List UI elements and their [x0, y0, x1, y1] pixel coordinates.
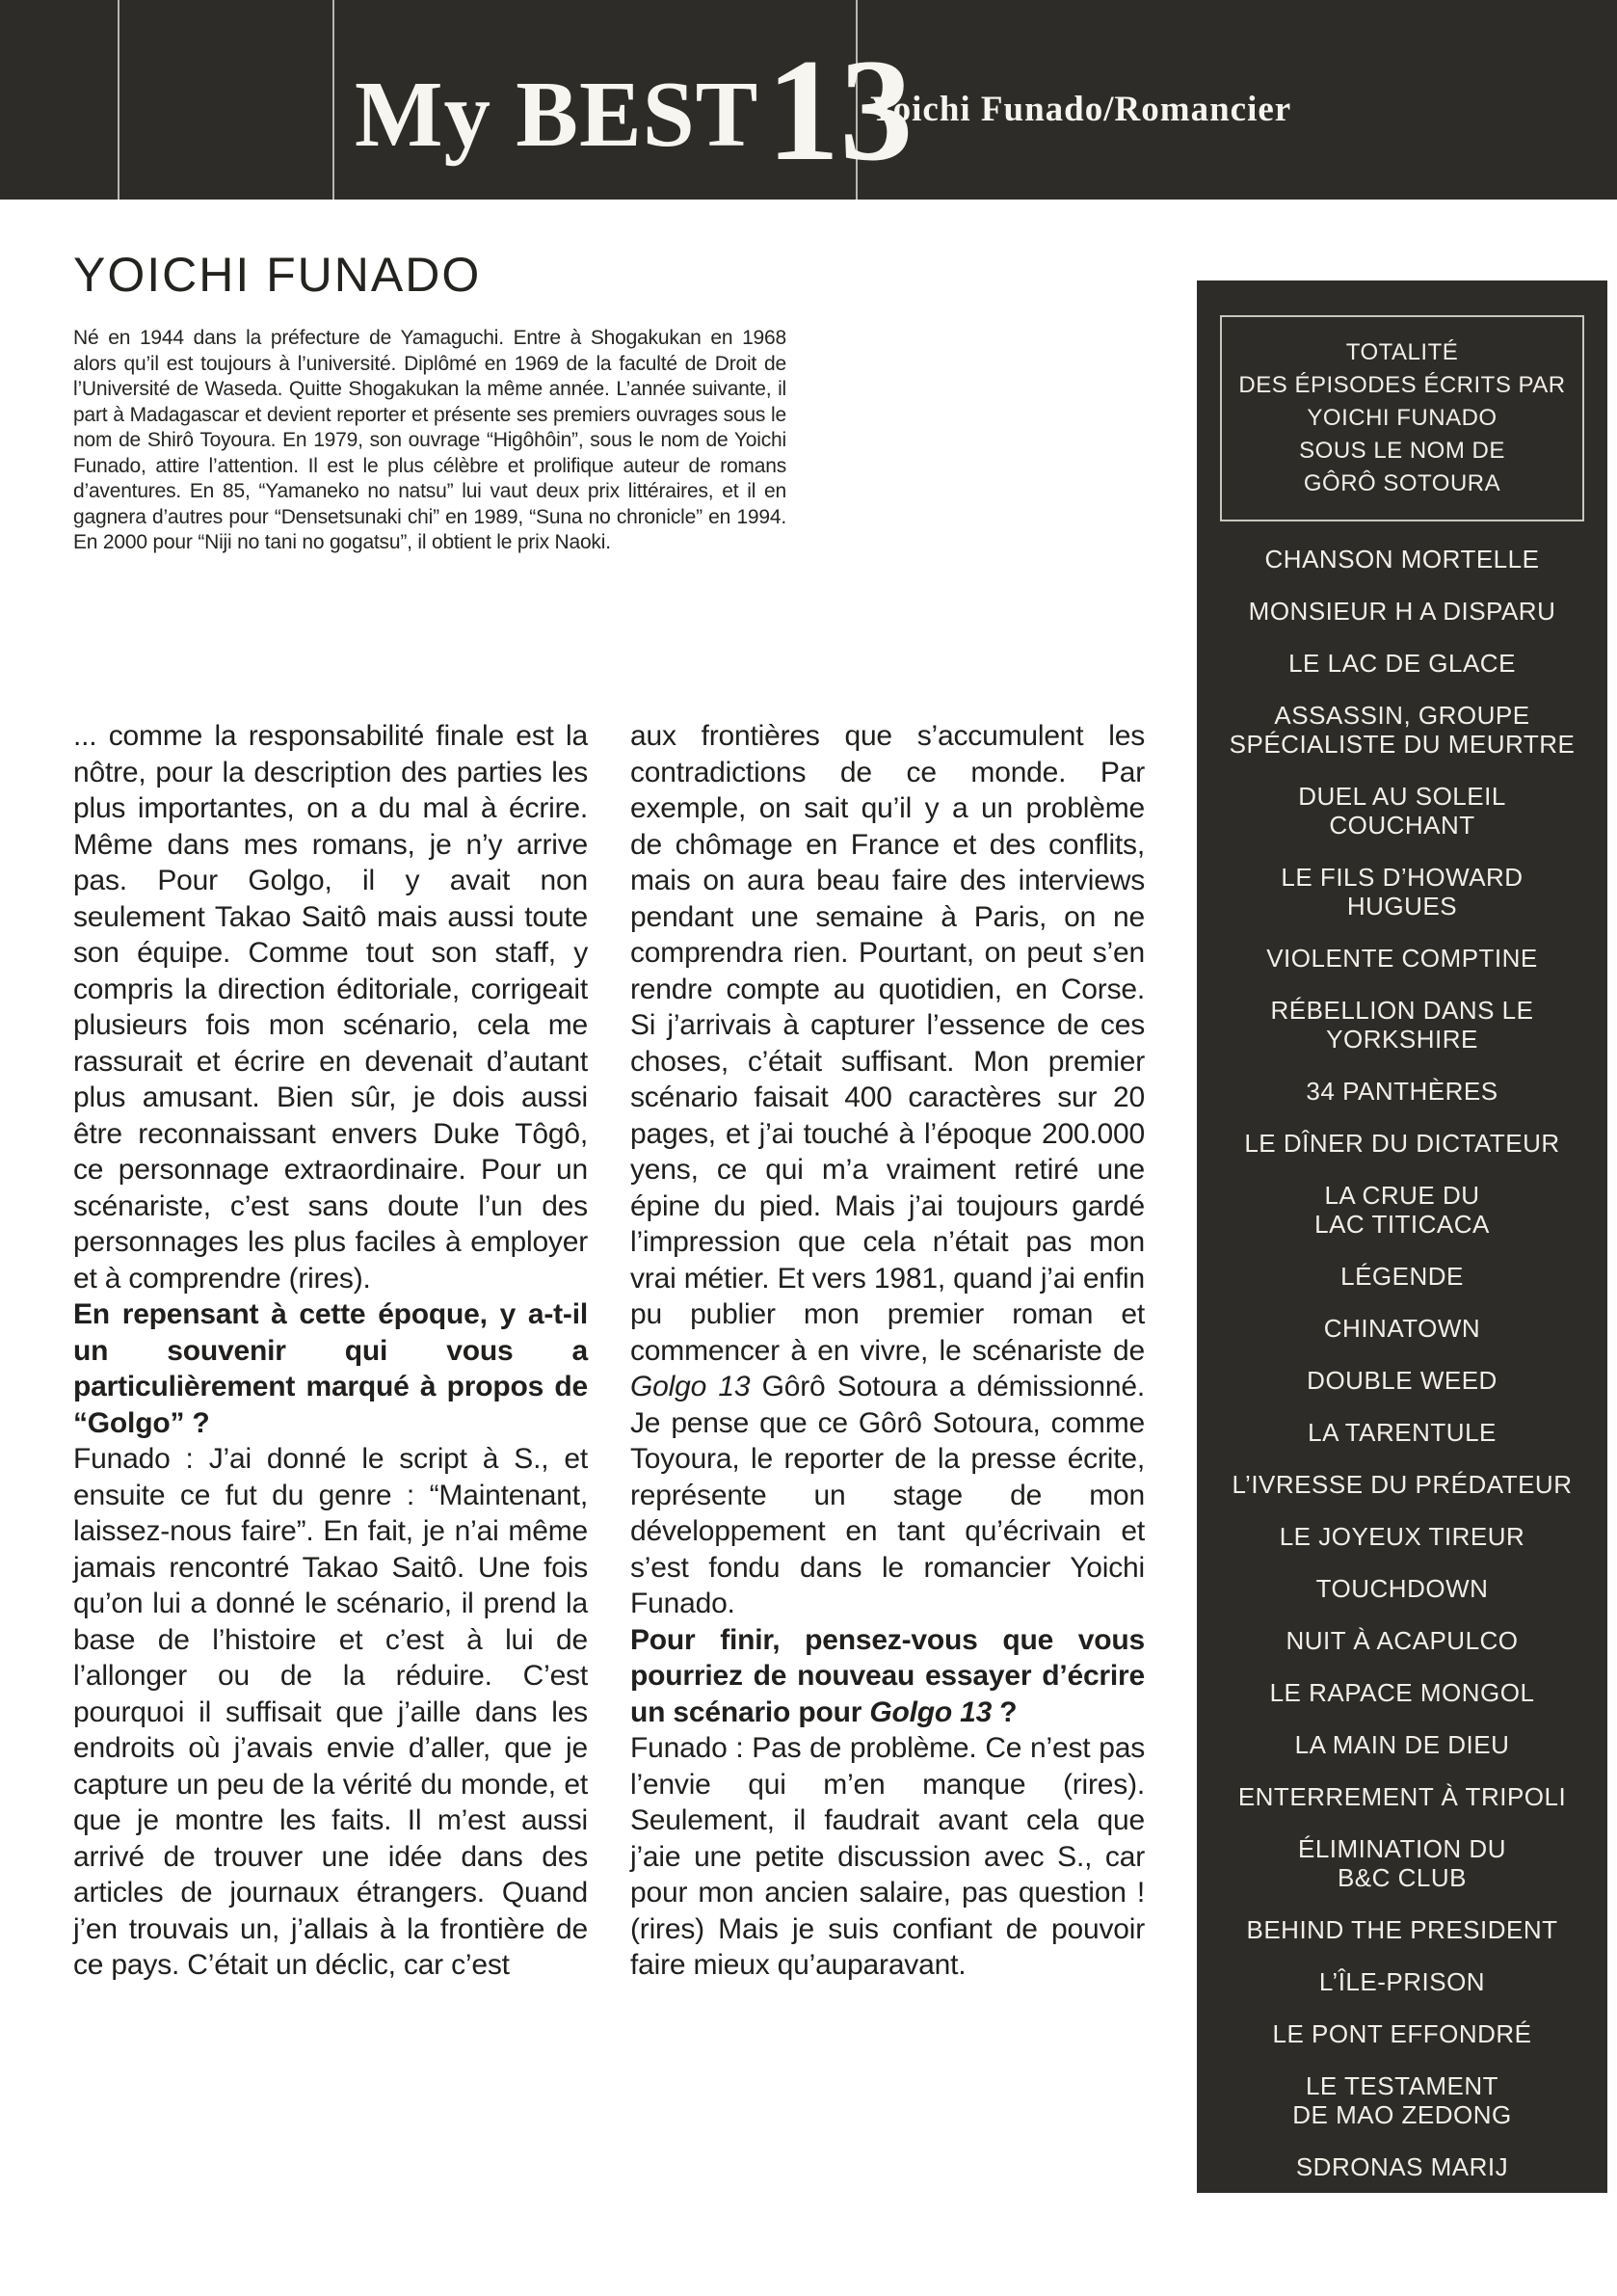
header-divider	[332, 0, 334, 200]
episode-item: LE DÎNER DU DICTATEUR	[1197, 1129, 1607, 1158]
episode-item: LE FILS D’HOWARDHUGUES	[1197, 863, 1607, 921]
header-divider	[118, 0, 119, 200]
text-segment: En repensant à cette époque, y a-t-il un…	[73, 1298, 588, 1439]
episode-item: TOUCHDOWN	[1197, 1574, 1607, 1603]
text-segment: Golgo 13	[630, 1371, 750, 1402]
episode-item: CHANSON MORTELLE	[1197, 545, 1607, 574]
episode-item: 34 PANTHÈRES	[1197, 1077, 1607, 1106]
interview-question: Pour finir, pensez-vous que vous pourrie…	[630, 1622, 1145, 1731]
interview-paragraph: aux frontières que s’accumulent les cont…	[630, 718, 1145, 1622]
interview-paragraph: ... comme la responsabilité finale est l…	[73, 718, 588, 1296]
episode-item: ÉLIMINATION DUB&C CLUB	[1197, 1834, 1607, 1892]
interview-body: ... comme la responsabilité finale est l…	[73, 718, 1145, 1984]
text-segment: ... comme la responsabilité finale est l…	[73, 720, 588, 1295]
episode-item: SDRONAS MARIJ	[1197, 2152, 1607, 2181]
magazine-page: { "header": { "title_main": "My BEST", "…	[0, 0, 1617, 2296]
episode-item: ENTERREMENT À TRIPOLI	[1197, 1782, 1607, 1811]
sidebar-header-box: TOTALITÉDES ÉPISODES ÉCRITS PARYOICHI FU…	[1220, 315, 1584, 521]
episode-item: LA CRUE DULAC TITICACA	[1197, 1181, 1607, 1239]
episode-item: RÉBELLION DANS LEYORKSHIRE	[1197, 996, 1607, 1054]
episode-item: NUIT À ACAPULCO	[1197, 1626, 1607, 1655]
episode-item: L’IVRESSE DU PRÉDATEUR	[1197, 1470, 1607, 1499]
text-segment: Funado : Pas de problème. Ce n’est pas l…	[630, 1732, 1145, 1981]
interview-paragraph: Funado : Pas de problème. Ce n’est pas l…	[630, 1730, 1145, 1984]
magazine-title-text: My BEST	[355, 67, 758, 161]
text-segment: Gôrô Sotoura a démissionné. Je pense que…	[630, 1371, 1145, 1619]
episode-item: VIOLENTE COMPTINE	[1197, 944, 1607, 973]
author-byline: Yoichi Funado/Romancier	[870, 89, 1291, 130]
episode-item: DUEL AU SOLEILCOUCHANT	[1197, 782, 1607, 840]
page-title: YOICHI FUNADO	[73, 247, 481, 303]
episode-item: LÉGENDE	[1197, 1262, 1607, 1291]
episode-item: ASSASSIN, GROUPESPÉCIALISTE DU MEURTRE	[1197, 701, 1607, 759]
episode-item: DOUBLE WEED	[1197, 1366, 1607, 1395]
text-segment: ?	[992, 1696, 1017, 1728]
sidebar-header-text: TOTALITÉDES ÉPISODES ÉCRITS PARYOICHI FU…	[1238, 339, 1565, 496]
episode-list: CHANSON MORTELLEMONSIEUR H A DISPARULE L…	[1197, 545, 1607, 2181]
interview-column-left: ... comme la responsabilité finale est l…	[73, 718, 588, 1984]
biography-paragraph: Né en 1944 dans la préfecture de Yamaguc…	[73, 326, 786, 556]
episode-item: LE TESTAMENTDE MAO ZEDONG	[1197, 2071, 1607, 2129]
magazine-title: My BEST 13	[355, 23, 913, 170]
episode-item: LE PONT EFFONDRÉ	[1197, 2019, 1607, 2048]
episode-item: LA MAIN DE DIEU	[1197, 1730, 1607, 1759]
text-segment: Golgo 13	[869, 1696, 992, 1728]
text-segment: Funado : J’ai donné le script à S., et e…	[73, 1443, 588, 1981]
episode-item: LE LAC DE GLACE	[1197, 649, 1607, 678]
episode-item: L’ÎLE-PRISON	[1197, 1967, 1607, 1996]
episode-item: LE JOYEUX TIREUR	[1197, 1522, 1607, 1551]
episode-sidebar: TOTALITÉDES ÉPISODES ÉCRITS PARYOICHI FU…	[1197, 280, 1607, 2193]
interview-paragraph: Funado : J’ai donné le script à S., et e…	[73, 1441, 588, 1984]
episode-item: LE RAPACE MONGOL	[1197, 1678, 1607, 1707]
interview-question: En repensant à cette époque, y a-t-il un…	[73, 1296, 588, 1441]
interview-column-right: aux frontières que s’accumulent les cont…	[630, 718, 1145, 1984]
header-band: My BEST 13 Yoichi Funado/Romancier	[0, 0, 1617, 200]
episode-item: CHINATOWN	[1197, 1314, 1607, 1343]
episode-item: LA TARENTULE	[1197, 1418, 1607, 1447]
episode-item: BEHIND THE PRESIDENT	[1197, 1915, 1607, 1944]
text-segment: aux frontières que s’accumulent les cont…	[630, 720, 1145, 1367]
episode-item: MONSIEUR H A DISPARU	[1197, 597, 1607, 626]
